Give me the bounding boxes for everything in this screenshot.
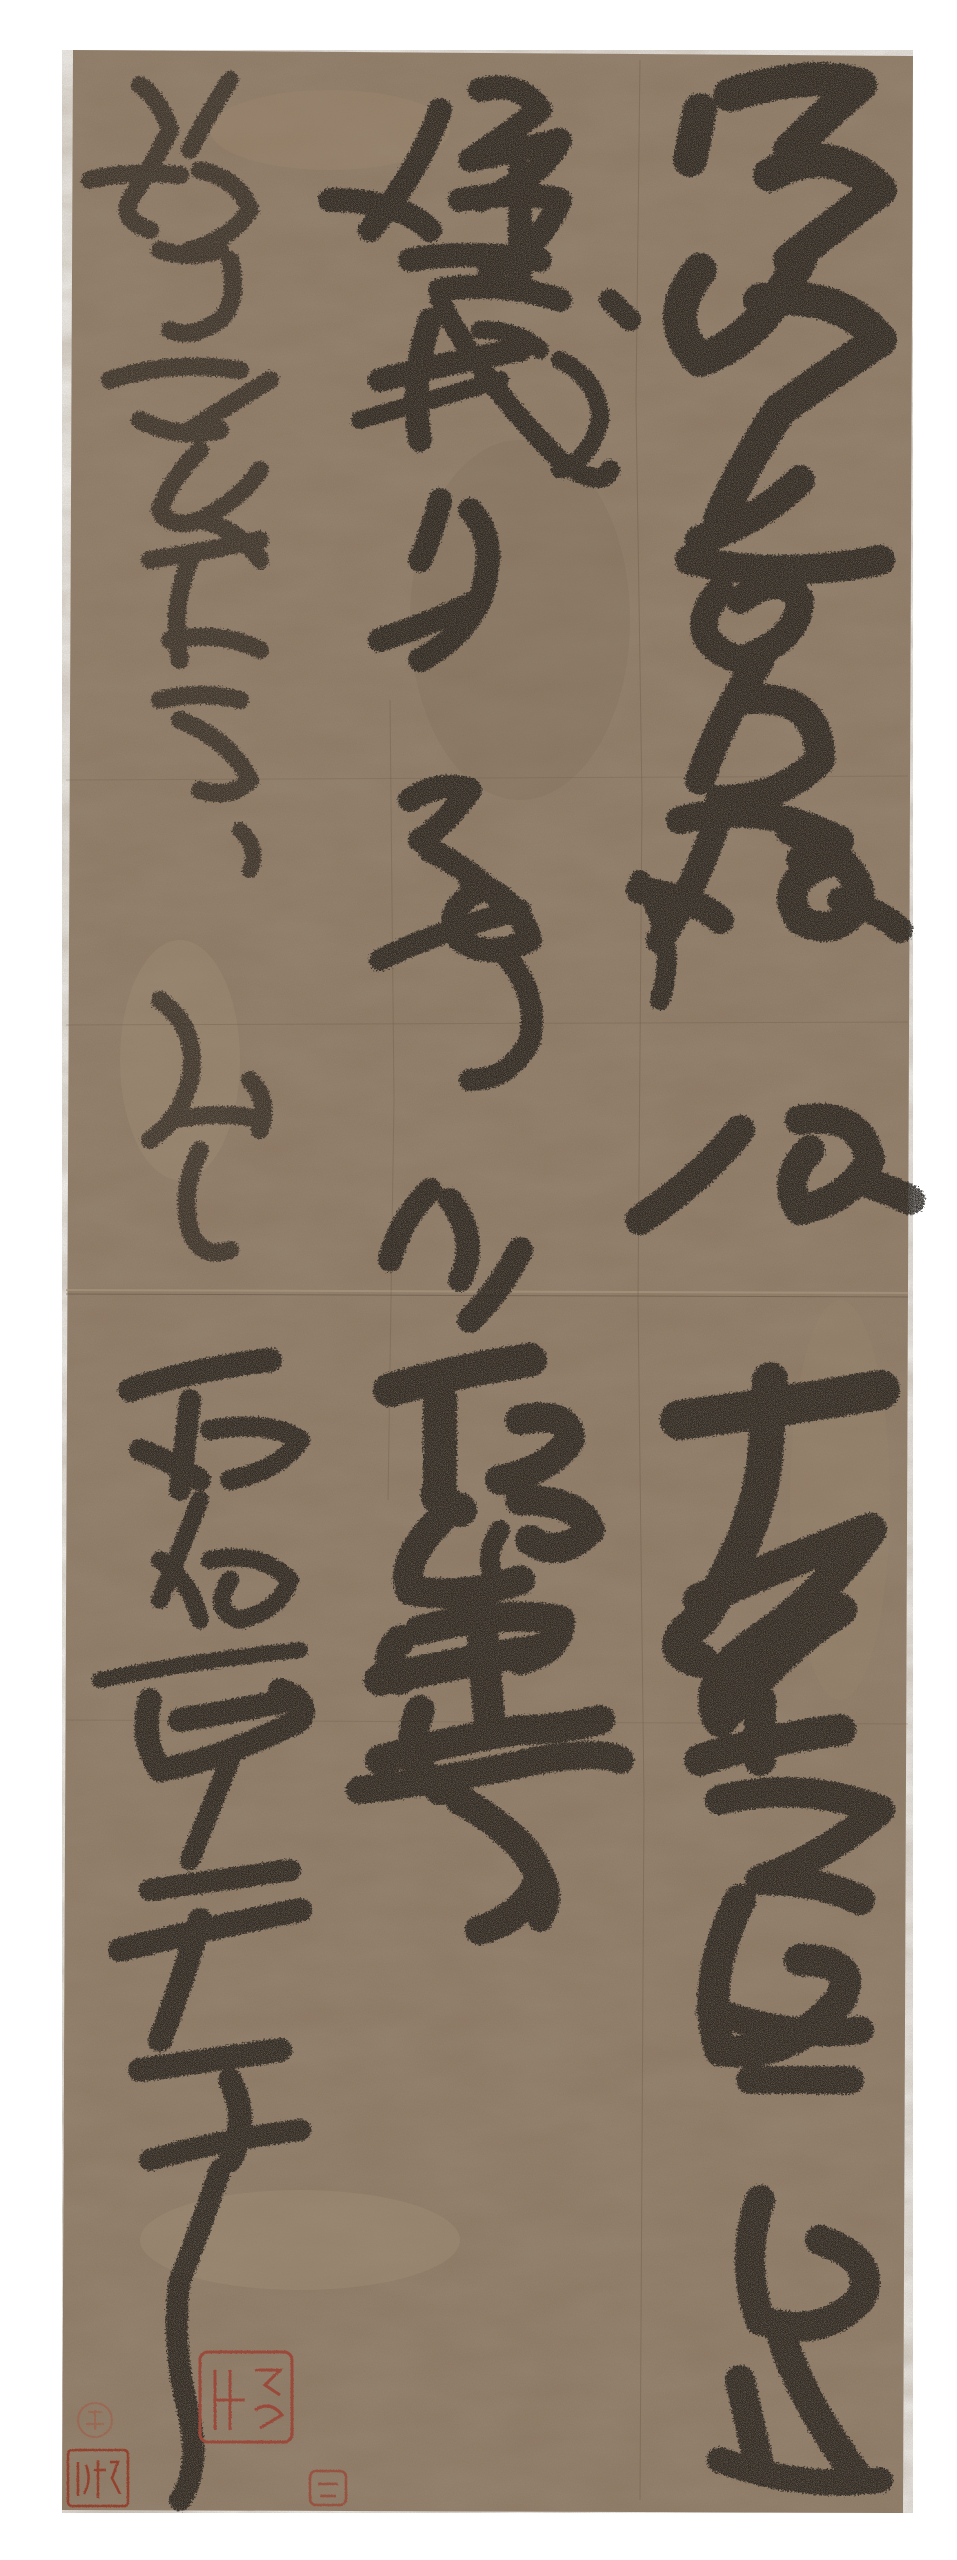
calligraphy-scroll xyxy=(0,0,957,2560)
